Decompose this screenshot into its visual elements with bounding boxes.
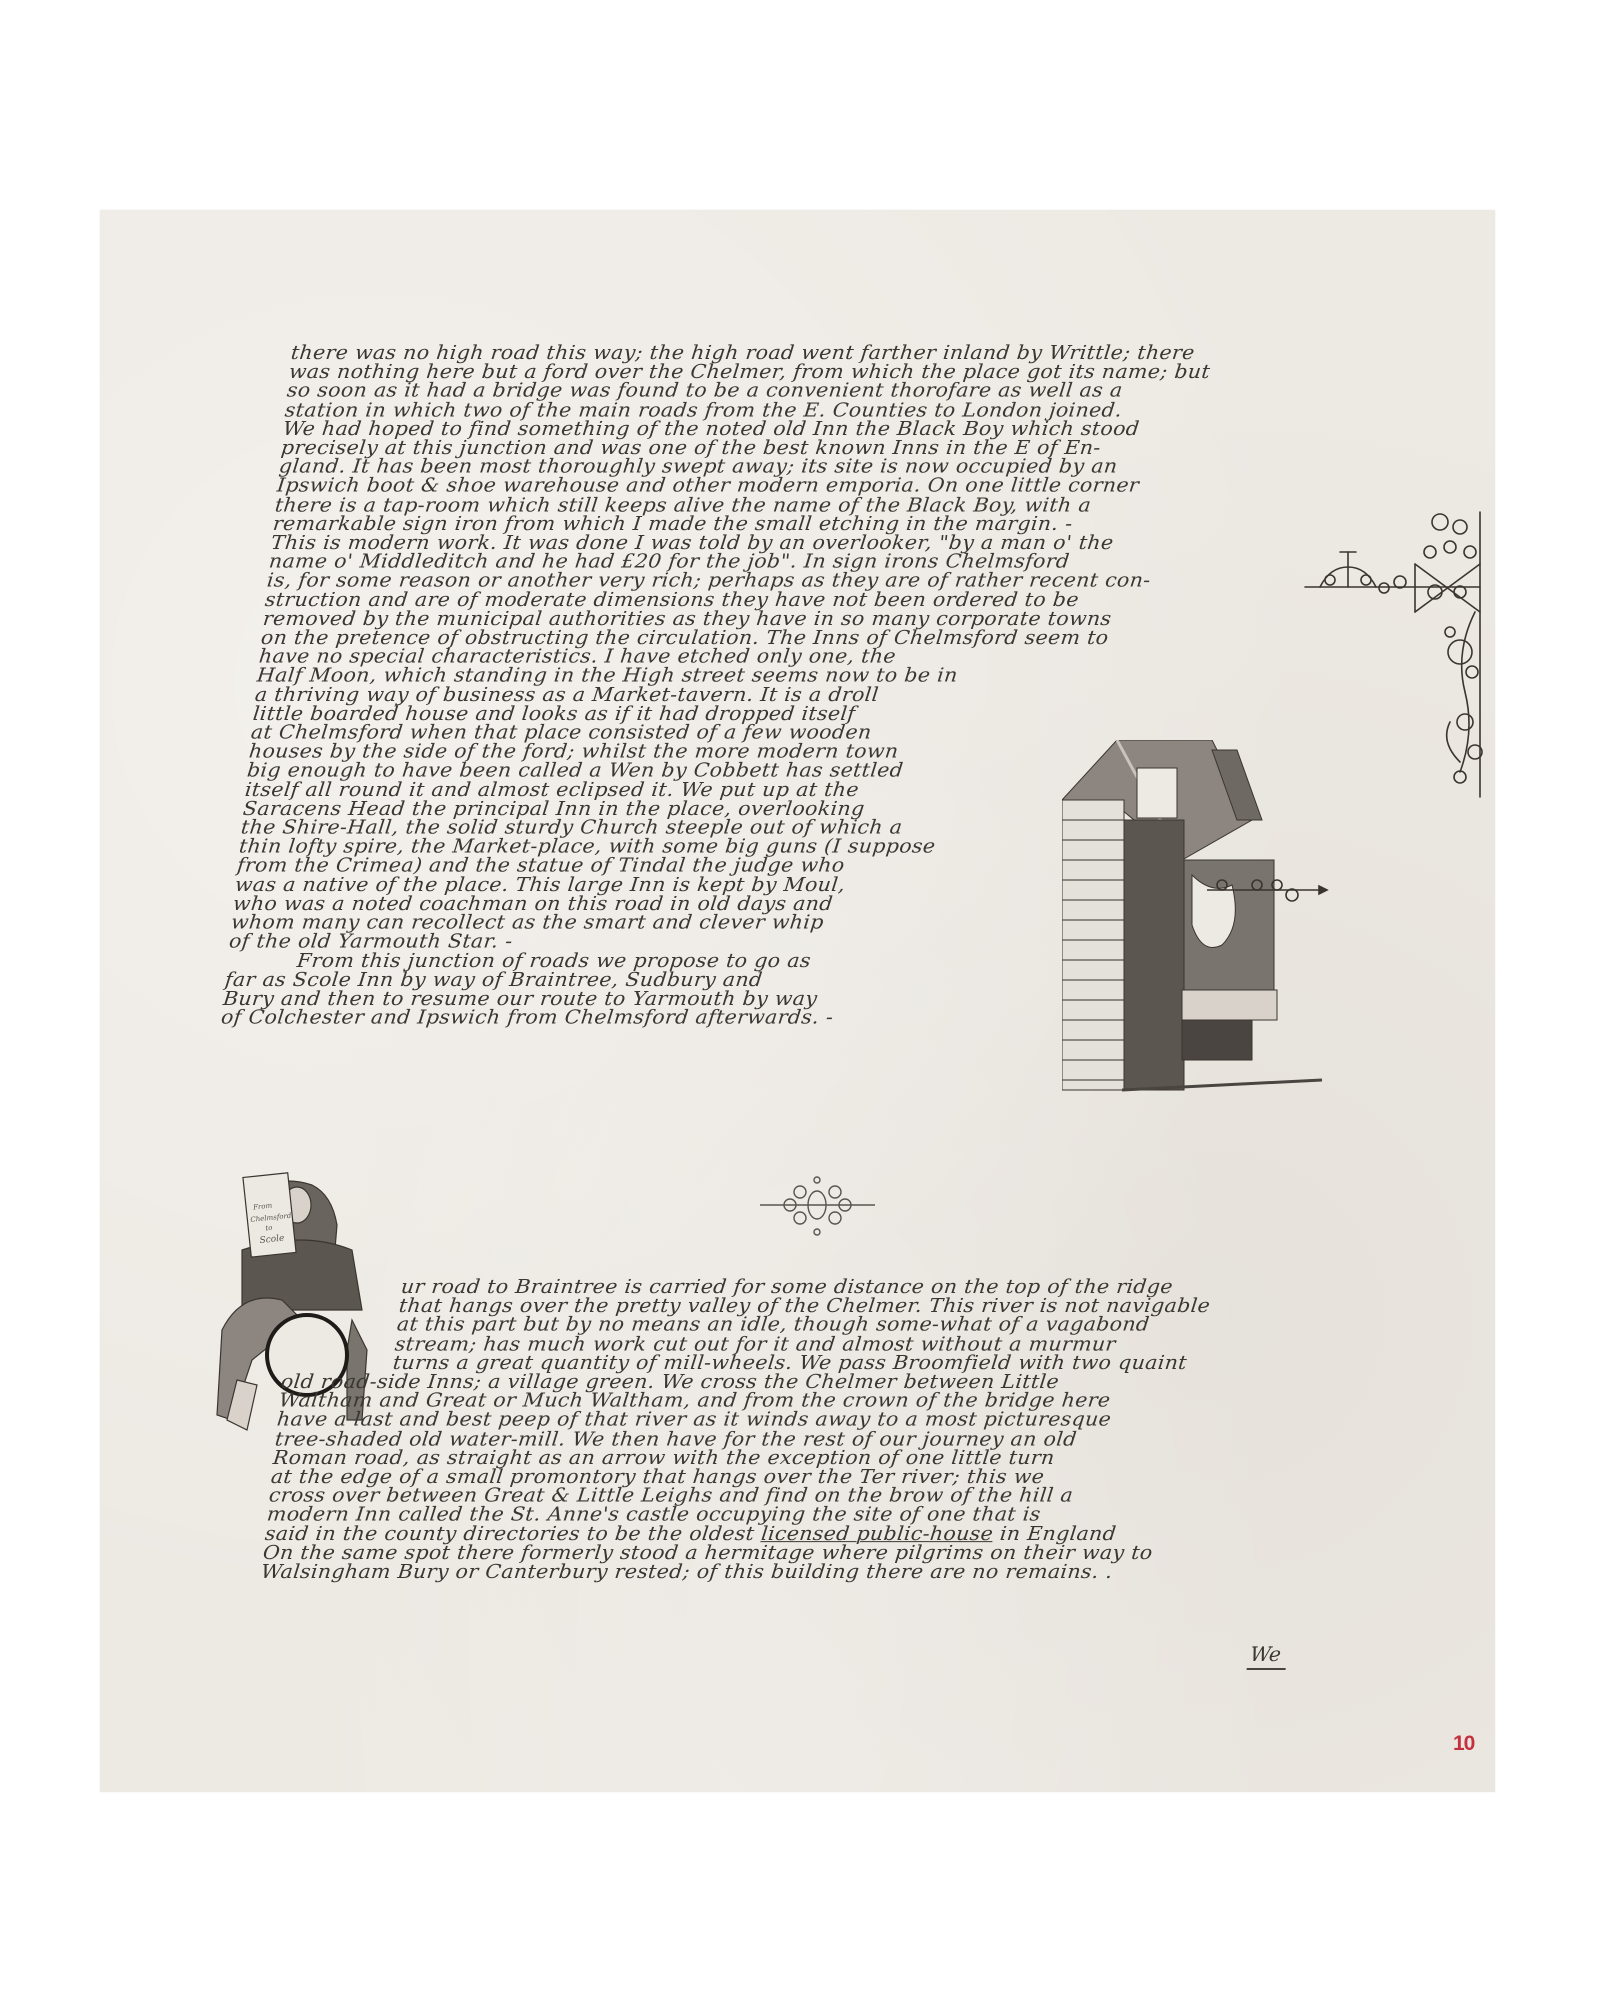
text-line: itself all round it and almost eclipsed … bbox=[244, 780, 1167, 799]
text-line: have a last and best peep of that river … bbox=[276, 1410, 1199, 1429]
page-number: 10 bbox=[1453, 1732, 1474, 1756]
fleuron-ornament bbox=[755, 1170, 880, 1240]
text-line: Ipswich boot & shoe warehouse and other … bbox=[276, 476, 1199, 495]
text-line: Walsingham Bury or Canterbury rested; of… bbox=[260, 1562, 1183, 1581]
passage-braintree-road: ur road to Braintree is carried for some… bbox=[260, 1277, 1213, 1581]
text-line: a thriving way of business as a Market-t… bbox=[254, 685, 1177, 704]
text-line: so soon as it had a bridge was found to … bbox=[286, 381, 1209, 400]
text-line: struction and are of moderate dimensions… bbox=[264, 590, 1187, 609]
text-line: of the old Yarmouth Star. - bbox=[228, 932, 1151, 951]
text-line: is, for some reason or another very rich… bbox=[266, 571, 1189, 590]
book-title-to: to bbox=[265, 1224, 273, 1233]
text-line: of Colchester and Ipswich from Chelmsfor… bbox=[220, 1008, 1143, 1027]
text-line: far as Scole Inn by way of Braintree, Su… bbox=[224, 970, 1147, 989]
text-line: Half Moon, which standing in the High st… bbox=[256, 666, 1179, 685]
text-line: tree-shaded old water-mill. We then have… bbox=[274, 1429, 1197, 1448]
manuscript-page: there was no high road this way; the hig… bbox=[100, 210, 1495, 1792]
text-line: stream; has much work cut out for it and… bbox=[284, 1334, 1207, 1353]
text-line: From this junction of roads we propose t… bbox=[226, 951, 1149, 970]
text-line: station in which two of the main roads f… bbox=[284, 400, 1207, 419]
catchword: We bbox=[1247, 1642, 1289, 1670]
text-line: said in the county directories to be the… bbox=[264, 1524, 1187, 1543]
text-line: was a native of the place. This large In… bbox=[234, 875, 1157, 894]
text-line: at this part but by no means an idle, th… bbox=[286, 1315, 1209, 1334]
text-line: there is a tap-room which still keeps al… bbox=[274, 495, 1197, 514]
text-line: big enough to have been called a Wen by … bbox=[246, 761, 1169, 780]
inn-etching-half-moon bbox=[1062, 740, 1367, 1105]
text-line: from the Crimea) and the statue of Tinda… bbox=[236, 856, 1159, 875]
